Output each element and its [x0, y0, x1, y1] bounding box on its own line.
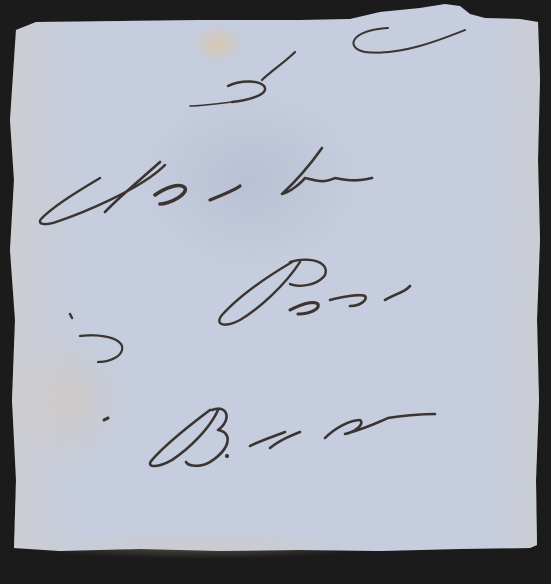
stain [192, 24, 244, 64]
paper-fragment-illustration [0, 0, 551, 584]
paper-fragment-photo: 3 Asselin Par B. rue [0, 0, 551, 584]
